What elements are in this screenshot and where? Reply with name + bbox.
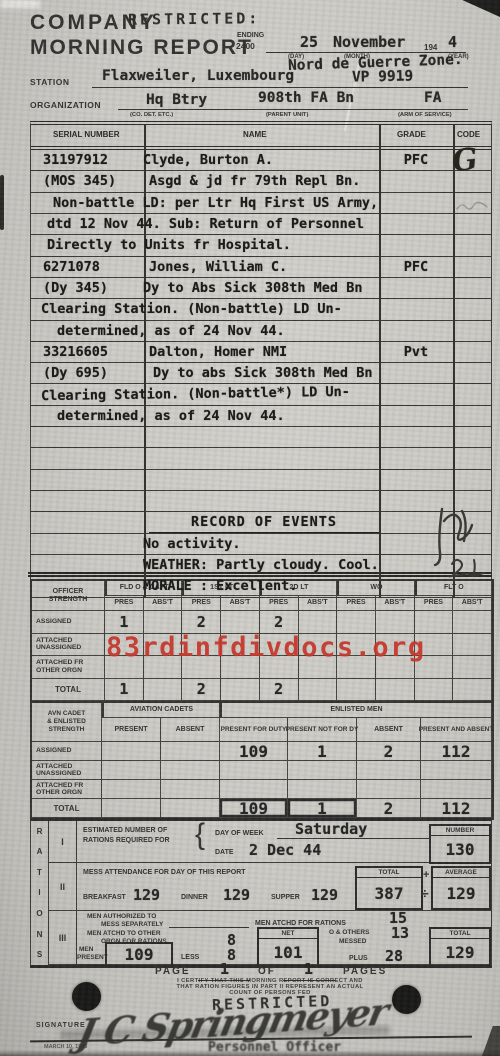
serial-cell: (MOS 345): [43, 171, 116, 191]
total-label: TOTAL: [357, 868, 421, 878]
roster-row: determined, as of 24 Nov 44.: [31, 321, 491, 342]
value-cell: [299, 611, 338, 634]
ending-label: ENDING: [237, 32, 264, 39]
value-cell: [415, 611, 454, 634]
station-label: STATION: [30, 77, 70, 87]
value-cell: [161, 799, 220, 818]
serial-number-header: SERIAL NUMBER: [53, 130, 120, 139]
rations-part-i: ESTIMATED NUMBER OF RATIONS REQUIRED FOR…: [77, 821, 491, 863]
value-cell: [337, 611, 376, 634]
roster-header-row: SERIAL NUMBER NAME GRADE CODE: [31, 125, 491, 150]
station-underline: [92, 72, 468, 88]
value-cell: 1: [105, 611, 144, 634]
value-cell: [220, 780, 288, 799]
roster-row-blank: [31, 448, 491, 469]
remarks-cell: determined, as of 24 Nov 44.: [57, 406, 285, 426]
value-cell: [102, 742, 161, 761]
value-cell: [102, 799, 161, 818]
morning-report-document: COMPANY RESTRICTED: MORNING REPORT ENDIN…: [0, 0, 500, 1056]
punch-hole: [72, 982, 101, 1011]
total-box: TOTAL 387: [355, 866, 423, 910]
roster-row-blank: [31, 427, 491, 448]
remarks-cell: determined, as of 24 Nov 44.: [57, 321, 285, 341]
value-cell: [161, 780, 220, 799]
date-entry: 2 Dec 44: [249, 841, 321, 859]
name-header: NAME: [243, 130, 267, 139]
grand-total-value: 129: [431, 939, 489, 965]
date-label: DATE: [215, 848, 234, 857]
value-cell: [453, 611, 492, 634]
estimated-label: RATIONS REQUIRED FOR: [83, 836, 170, 845]
remarks-cell: Clearing Station. (Non-battle) LD Un-: [41, 299, 342, 319]
remarks-cell: dtd 12 Nov 44. Sub: Return of Personnel: [47, 214, 364, 234]
supper-label: SUPPER: [271, 893, 300, 902]
value-cell: [421, 780, 492, 799]
authorized-underline: [169, 915, 249, 928]
side-letter: T: [37, 868, 42, 877]
roster-row: (Dy 695) Dy to abs Sick 308th Med Bn: [31, 363, 491, 384]
men-present-value: 109: [125, 945, 154, 964]
roster-row: 33216605 Dalton, Homer NMI Pvt: [31, 342, 491, 363]
corner-label: STRENGTH: [49, 596, 88, 604]
brace-glyph: {: [195, 818, 205, 852]
sub-header: PRESENT: [102, 718, 161, 742]
side-letter: I: [38, 888, 40, 897]
org-unit-caption: (CO. DET. ETC.): [130, 112, 173, 118]
others-messed-label: O & OTHERS: [329, 929, 369, 937]
value-cell: [288, 761, 357, 780]
row-label-attached-unassigned: ATTACHEDUNASSIGNED: [32, 634, 105, 657]
weather-text: WEATHER: Partly cloudy. Cool.: [143, 555, 379, 575]
others-messed-label: MESSED: [339, 938, 366, 946]
sub-header-pres: PRES: [182, 596, 221, 611]
roster-row: 6271078 Jones, William C. PFC: [31, 257, 491, 278]
plus-sign: +: [423, 869, 429, 881]
roster-row: determined, as of 24 Nov 44.: [31, 406, 491, 427]
value-cell: [288, 780, 357, 799]
scan-highlight-top-left: [0, 0, 40, 8]
grade-cell: PFC: [379, 257, 453, 277]
plus-label: PLUS: [349, 954, 368, 963]
sub-header: ABSENT: [357, 718, 421, 742]
total-value: 387: [357, 878, 421, 908]
sub-header: PRESENT FOR DUTY: [220, 718, 288, 742]
report-date-year: 4: [448, 33, 457, 51]
of-label: OF: [258, 966, 276, 977]
sub-header-abst: ABS'T: [453, 596, 492, 611]
value-cell: [144, 611, 183, 634]
breakfast-label: BREAKFAST: [83, 893, 126, 902]
value-cell: [337, 679, 376, 702]
value-cell: [299, 679, 338, 702]
org-arm-caption: (ARM OF SERVICE): [398, 112, 452, 118]
number-box: NUMBER 130: [429, 824, 491, 864]
row-label-total: TOTAL: [32, 679, 105, 702]
value-cell: [221, 679, 260, 702]
scan-edge-left: [0, 175, 4, 230]
value-cell: [453, 656, 492, 679]
remarks-cell: Non-battle LD: per Ltr Hq First US Army,: [53, 193, 378, 213]
day-of-week-label: DAY OF WEEK: [215, 829, 264, 838]
plus-value: 28: [385, 947, 403, 965]
estimated-label: ESTIMATED NUMBER OF: [83, 826, 167, 835]
roster-row: Directly to Units fr Hospital.: [31, 235, 491, 256]
sub-header: PRESENT NOT FOR DY: [288, 718, 357, 742]
row-label-attached-fr-other: ATTACHED FROTHER ORGN: [32, 780, 102, 799]
group-header: WO: [337, 581, 414, 596]
report-date-month: November: [333, 33, 405, 51]
sub-header-abst: ABS'T: [299, 596, 338, 611]
others-messed-value: 13: [391, 924, 409, 942]
row-label-attached-unassigned: ATTACHEDUNASSIGNED: [32, 761, 102, 780]
group-header-enlisted-men: ENLISTED MEN: [220, 703, 492, 718]
men-present-box: 109: [105, 942, 173, 967]
serial-cell: (Dy 345): [43, 278, 108, 298]
value-cell: [221, 611, 260, 634]
morale-text: MORALE : Excellent.: [143, 576, 297, 596]
remarks-cell: Clearing Station. (Non-battle*) LD Un-: [41, 382, 350, 406]
restricted-stamp-top: RESTRICTED:: [128, 9, 261, 28]
average-value: 129: [433, 878, 489, 908]
sub-header-pres: PRES: [105, 596, 144, 611]
value-cell: [421, 761, 492, 780]
page-title-line2: MORNING REPORT: [30, 36, 253, 60]
value-cell: [415, 679, 454, 702]
roster-row-blank: [31, 470, 491, 491]
sub-header-abst: ABS'T: [376, 596, 415, 611]
value-cell: [453, 634, 492, 657]
value-cell: 2: [182, 611, 221, 634]
rations-part-iii: MEN AUTHORIZED TO MESS SEPARATELY MEN AT…: [77, 911, 491, 965]
sub-header-pres: PRES: [337, 596, 376, 611]
side-letter: O: [36, 909, 42, 918]
grade-cell: Pvt: [379, 342, 453, 362]
value-cell: 1: [105, 679, 144, 702]
roster-row: dtd 12 Nov 44. Sub: Return of Personnel: [31, 214, 491, 235]
value-cell: [453, 679, 492, 702]
record-of-events-title: RECORD OF EVENTS: [149, 512, 379, 533]
average-label: AVERAGE: [433, 868, 489, 878]
pages-label: PAGES: [343, 966, 387, 977]
row-label-attached-fr-other: ATTACHED FROTHER ORGN: [32, 656, 105, 679]
sub-header-abst: ABS'T: [221, 596, 260, 611]
sub-header-pres: PRES: [415, 596, 454, 611]
breakfast-value: 129: [133, 886, 160, 904]
roster-row: Clearing Station. (Non-battle) LD Un-: [31, 299, 491, 320]
serial-cell: 31197912: [43, 150, 108, 170]
rations-part-ii: MESS ATTENDANCE FOR DAY OF THIS REPORT B…: [77, 863, 491, 911]
event-text: No activity.: [143, 534, 241, 554]
roster-row: 31197912 Clyde, Burton A. PFC: [31, 150, 491, 171]
value-cell: [376, 611, 415, 634]
serial-cell: 33216605: [43, 342, 108, 362]
value-cell: [161, 742, 220, 761]
grand-total-label: TOTAL: [431, 929, 489, 939]
rations-side-label: R A T I O N S: [31, 821, 49, 965]
row-label-total: TOTAL: [32, 799, 102, 818]
rations-section: R A T I O N S I ESTIMATED NUMBER OF RATI…: [30, 818, 492, 968]
grade-header: GRADE: [397, 130, 426, 139]
pages-total: 1: [304, 960, 313, 978]
value-cell: 2: [260, 679, 299, 702]
net-label: NET: [259, 929, 317, 939]
faint-pencil-mark: [455, 200, 489, 214]
event-row: No activity.: [31, 534, 491, 555]
serial-cell: (Dy 695): [43, 363, 108, 383]
sub-header: PRESENT AND ABSENT: [421, 718, 492, 742]
side-letter: R: [37, 827, 43, 836]
corner-label: OFFICER: [53, 588, 84, 596]
record-of-events-title-row: RECORD OF EVENTS: [31, 512, 491, 533]
org-parent-caption: (PARENT UNIT): [266, 112, 308, 118]
name-cell: Asgd & jd fr 79th Repl Bn.: [149, 171, 360, 191]
day-underline: [277, 823, 429, 839]
sub-header-abst: ABS'T: [144, 596, 183, 611]
part-iii-roman: III: [49, 911, 77, 965]
value-cell: [102, 761, 161, 780]
men-present-label: PRESENT: [77, 954, 108, 962]
mess-attendance-label: MESS ATTENDANCE FOR DAY OF THIS REPORT: [83, 868, 246, 877]
scan-corner-bottom-right: [482, 1026, 500, 1056]
roster-row: (Dy 345) Dy to Abs Sick 308th Med Bn: [31, 278, 491, 299]
row-label-assigned: ASSIGNED: [32, 611, 105, 634]
name-cell: Dy to abs Sick 308th Med Bn: [153, 363, 372, 383]
value-cell: 1: [288, 742, 357, 761]
men-present-label: MEN: [79, 946, 93, 954]
handwritten-code-mark: G: [450, 142, 479, 179]
watermark-text: 83rdinfdivdocs.org: [106, 632, 426, 663]
corner-label: AVN CADET: [48, 710, 85, 718]
corner-label: STRENGTH: [49, 726, 85, 734]
value-cell: 109: [220, 742, 288, 761]
corner-label: & ENLISTED: [47, 718, 86, 726]
value-cell: 2: [260, 611, 299, 634]
name-cell: Dalton, Homer NMI: [149, 342, 287, 362]
roster-table: SERIAL NUMBER NAME GRADE CODE 31197912 C…: [30, 121, 492, 598]
officer-strength-corner: OFFICER STRENGTH: [32, 581, 105, 611]
value-cell-boxed: 109: [220, 799, 288, 818]
dinner-label: DINNER: [181, 893, 208, 902]
divide-sign: ÷: [421, 885, 429, 901]
serial-cell: 6271078: [43, 257, 100, 277]
side-letter: A: [37, 847, 43, 856]
name-cell: Jones, William C.: [149, 257, 287, 277]
name-cell: Clyde, Burton A.: [143, 150, 273, 170]
number-label: NUMBER: [431, 826, 489, 836]
page-number: 1: [220, 960, 229, 978]
value-cell: [220, 761, 288, 780]
grand-total-box: TOTAL 129: [429, 927, 491, 967]
value-cell: [357, 761, 421, 780]
part-ii-roman: II: [49, 863, 77, 911]
supper-value: 129: [311, 886, 338, 904]
authorized-label: MEN AUTHORIZED TO: [87, 913, 156, 921]
roster-row-blank: [31, 491, 491, 512]
roster-row: Non-battle LD: per Ltr Hq First US Army,: [31, 193, 491, 214]
value-cell: [376, 679, 415, 702]
side-letter: S: [37, 950, 42, 959]
atchd-other-label: MEN ATCHD TO OTHER: [87, 930, 161, 938]
value-cell: 2: [357, 742, 421, 761]
value-cell: [161, 761, 220, 780]
ending-time: 2400: [236, 41, 255, 51]
organization-underline: [118, 95, 468, 110]
authorized-label: MESS SEPARATELY: [101, 921, 163, 929]
sub-header-pres: PRES: [260, 596, 299, 611]
report-date-day: 25: [300, 33, 318, 51]
year-prefix: 194: [424, 43, 437, 52]
organization-label: ORGANIZATION: [30, 100, 101, 110]
sub-header: ABSENT: [161, 718, 220, 742]
value-cell: 2: [357, 799, 421, 818]
side-letter: N: [37, 930, 43, 939]
scan-corner-wedge: [454, 0, 500, 17]
value-cell: [144, 679, 183, 702]
name-cell: Dy to Abs Sick 308th Med Bn: [143, 278, 362, 298]
less-label: LESS: [181, 953, 199, 962]
value-cell: 112: [421, 742, 492, 761]
number-value: 130: [431, 836, 489, 862]
enlisted-strength-table: AVN CADET & ENLISTED STRENGTH AVIATION C…: [30, 701, 494, 820]
group-header-aviation-cadets: AVIATION CADETS: [102, 703, 220, 718]
value-cell-boxed: 1: [288, 799, 357, 818]
row-label-assigned: ASSIGNED: [32, 742, 102, 761]
remarks-cell: Directly to Units fr Hospital.: [47, 235, 291, 255]
handwritten-number-mark: [448, 556, 488, 578]
value-cell: 112: [421, 799, 492, 818]
value-cell: [357, 780, 421, 799]
value-cell: 2: [182, 679, 221, 702]
average-box: AVERAGE 129: [431, 866, 491, 910]
page-label: PAGE: [155, 966, 191, 977]
part-i-roman: I: [49, 821, 77, 863]
value-cell: [102, 780, 161, 799]
dinner-value: 129: [223, 886, 250, 904]
grade-cell: PFC: [379, 150, 453, 170]
roster-row: Clearing Station. (Non-battle*) LD Un-: [31, 384, 491, 405]
roster-row: (MOS 345) Asgd & jd fr 79th Repl Bn.: [31, 171, 491, 192]
enlisted-strength-corner: AVN CADET & ENLISTED STRENGTH: [32, 703, 102, 742]
code-header: CODE: [457, 130, 480, 139]
